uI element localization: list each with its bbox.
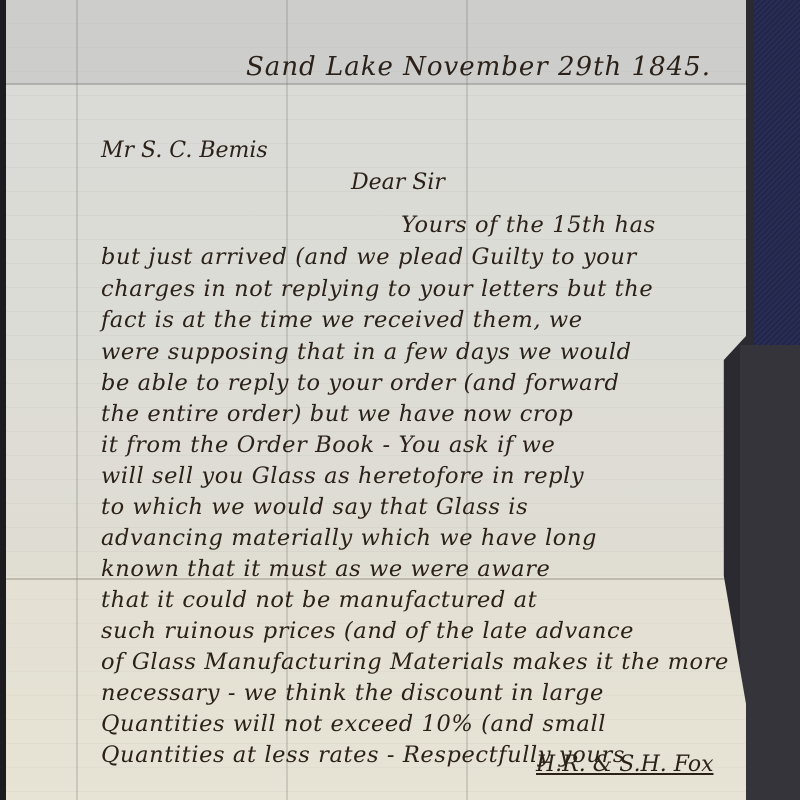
letter-line: Yours of the 15th has bbox=[401, 212, 656, 238]
letter-line: that it could not be manufactured at bbox=[101, 587, 537, 613]
fold-line-top bbox=[6, 83, 746, 85]
letter-line: but just arrived (and we plead Guilty to… bbox=[101, 244, 637, 270]
letter-line: the entire order) but we have now crop bbox=[101, 401, 573, 427]
letter-line: such ruinous prices (and of the late adv… bbox=[101, 618, 634, 644]
dateline: Sand Lake November 29th 1845. bbox=[246, 52, 711, 82]
letter-line: be able to reply to your order (and forw… bbox=[101, 370, 619, 396]
fold-line-left bbox=[76, 0, 78, 800]
letter-line: necessary - we think the discount in lar… bbox=[101, 680, 604, 706]
letter-line: to which we would say that Glass is bbox=[101, 494, 528, 520]
signature: H.R. & S.H. Fox bbox=[536, 752, 713, 777]
addressee: Mr S. C. Bemis bbox=[101, 138, 268, 163]
letter-line: will sell you Glass as heretofore in rep… bbox=[101, 463, 584, 489]
greeting: Dear Sir bbox=[351, 170, 445, 195]
letter-line: fact is at the time we received them, we bbox=[101, 307, 583, 333]
letter-line: of Glass Manufacturing Materials makes i… bbox=[101, 649, 729, 675]
letter-line: Quantities will not exceed 10% (and smal… bbox=[101, 711, 606, 737]
letter-line: charges in not replying to your letters … bbox=[101, 276, 653, 302]
backdrop-mat bbox=[740, 345, 800, 800]
backdrop-cloth bbox=[754, 0, 800, 345]
letter-line: advancing materially which we have long bbox=[101, 525, 597, 551]
letter-line: known that it must as we were aware bbox=[101, 556, 550, 582]
letter-line: it from the Order Book - You ask if we bbox=[101, 432, 555, 458]
letter-line: were supposing that in a few days we wou… bbox=[101, 339, 632, 365]
letter-sheet: Sand Lake November 29th 1845. Mr S. C. B… bbox=[6, 0, 746, 800]
